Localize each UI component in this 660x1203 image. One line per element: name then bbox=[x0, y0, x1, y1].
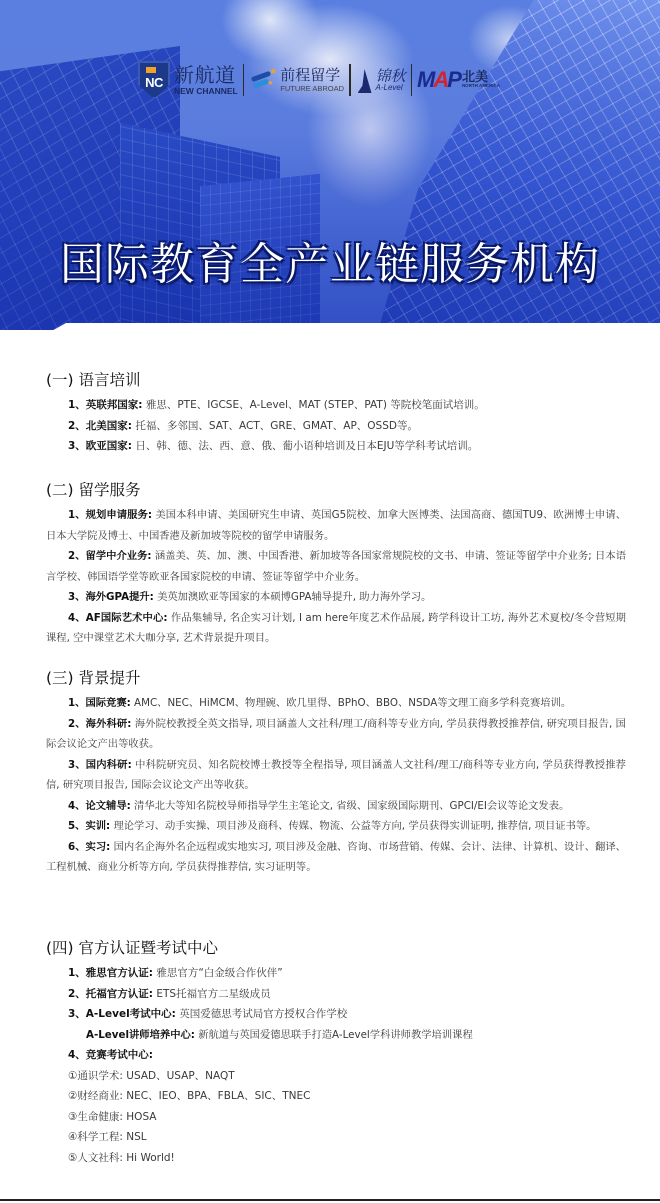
list-item: 2、留学中介业务: 涵盖美、英、加、澳、中国香港、新加坡等各国家常规院校的文书、… bbox=[46, 546, 626, 587]
bottom-divider bbox=[0, 1199, 660, 1201]
nc-shield-icon: NC bbox=[138, 61, 170, 99]
list-item: 1、雅思官方认证: 雅思官方“白金级合作伙伴” bbox=[46, 963, 626, 984]
competition-item: ②财经商业: NEC、IEO、BPA、FBLA、SIC、TNEC bbox=[46, 1086, 626, 1107]
section-title: (一) 语言培训 bbox=[46, 368, 626, 392]
brochure-page: NC 新航道 NEW CHANNEL ★ ★ 前程留学 FUTURE ABROA… bbox=[0, 0, 660, 1203]
list-item: 1、英联邦国家: 雅思、PTE、IGCSE、A-Level、MAT (STEP、… bbox=[46, 395, 626, 416]
nc-logo-en: NEW CHANNEL bbox=[174, 87, 238, 96]
competition-item: ⑤人文社科: Hi World! bbox=[46, 1148, 626, 1169]
partner-logo-bar: NC 新航道 NEW CHANNEL ★ ★ 前程留学 FUTURE ABROA… bbox=[138, 58, 500, 102]
list-item: 1、规划申请服务: 美国本科申请、美国研究生申请、英国G5院校、加拿大医博类、法… bbox=[46, 505, 626, 546]
section-background-enhancement: (三) 背景提升 1、国际竞赛: AMC、NEC、HiMCM、物理碗、欧几里得、… bbox=[46, 666, 626, 878]
banner-diagonal-cut bbox=[0, 323, 660, 363]
future-abroad-en: FUTURE ABROAD bbox=[280, 85, 344, 93]
new-channel-logo: NC 新航道 NEW CHANNEL bbox=[138, 61, 238, 99]
list-item: 2、托福官方认证: ETS托福官方二星级成员 bbox=[46, 984, 626, 1005]
logo-divider bbox=[349, 64, 351, 96]
section-official-certification: (四) 官方认证暨考试中心 1、雅思官方认证: 雅思官方“白金级合作伙伴” 2、… bbox=[46, 936, 626, 1168]
page-title: 国际教育全产业链服务机构 bbox=[0, 228, 660, 292]
future-abroad-swoosh-icon: ★ ★ bbox=[249, 66, 277, 94]
competition-item: ④科学工程: NSL bbox=[46, 1127, 626, 1148]
list-item: 2、海外科研: 海外院校教授全英文指导, 项目涵盖人文社科/理工/商科等专业方向… bbox=[46, 714, 626, 755]
list-item: 1、国际竞赛: AMC、NEC、HiMCM、物理碗、欧几里得、BPhO、BBO、… bbox=[46, 693, 626, 714]
jinqiu-cn: 锦秋 bbox=[376, 69, 406, 84]
list-item: 4、竞赛考试中心: bbox=[46, 1045, 626, 1066]
map-letters-icon: MAP bbox=[417, 69, 460, 91]
hero-banner: NC 新航道 NEW CHANNEL ★ ★ 前程留学 FUTURE ABROA… bbox=[0, 0, 660, 330]
list-item: 3、欧亚国家: 日、韩、德、法、西、意、俄、葡小语种培训及日本EJU等学科考试培… bbox=[46, 436, 626, 457]
section-study-abroad: (二) 留学服务 1、规划申请服务: 美国本科申请、美国研究生申请、英国G5院校… bbox=[46, 478, 626, 649]
logo-divider bbox=[243, 64, 245, 96]
jinqiu-alevel-logo: 锦秋 A-Level bbox=[356, 65, 406, 95]
list-item: 3、A-Level考试中心: 英国爱德思考试局官方授权合作学校 bbox=[46, 1004, 626, 1025]
competition-item: ①通识学术: USAD、USAP、NAQT bbox=[46, 1066, 626, 1087]
section-language-training: (一) 语言培训 1、英联邦国家: 雅思、PTE、IGCSE、A-Level、M… bbox=[46, 368, 626, 457]
map-north-america-logo: MAP 北美 NORTH AMERICA bbox=[417, 69, 500, 91]
list-item: 6、实习: 国内名企海外名企远程或实地实习, 项目涉及金融、咨询、市场营销、传媒… bbox=[46, 837, 626, 878]
list-item: 2、北美国家: 托福、多邻国、SAT、ACT、GRE、GMAT、AP、OSSD等… bbox=[46, 416, 626, 437]
section-title: (二) 留学服务 bbox=[46, 478, 626, 502]
list-item: 5、实训: 理论学习、动手实操、项目涉及商科、传媒、物流、公益等方向, 学员获得… bbox=[46, 816, 626, 837]
map-en: NORTH AMERICA bbox=[462, 84, 500, 89]
list-item: 3、海外GPA提升: 美英加澳欧亚等国家的本硕博GPA辅导提升, 助力海外学习。 bbox=[46, 587, 626, 608]
section-title: (三) 背景提升 bbox=[46, 666, 626, 690]
jinqiu-en: A-Level bbox=[376, 84, 406, 92]
list-item: 3、国内科研: 中科院研究员、知名院校博士教授等全程指导, 项目涵盖人文社科/理… bbox=[46, 755, 626, 796]
future-abroad-logo: ★ ★ 前程留学 FUTURE ABROAD bbox=[249, 66, 344, 94]
list-item: A-Level讲师培养中心: 新航道与英国爱德思联手打造A-Level学科讲师教… bbox=[46, 1025, 626, 1046]
list-item: 4、论文辅导: 清华北大等知名院校导师指导学生主笔论文, 省级、国家级国际期刊、… bbox=[46, 796, 626, 817]
competition-item: ③生命健康: HOSA bbox=[46, 1107, 626, 1128]
list-item: 4、AF国际艺术中心: 作品集辅导, 名企实习计划, I am here年度艺术… bbox=[46, 608, 626, 649]
section-title: (四) 官方认证暨考试中心 bbox=[46, 936, 626, 960]
future-abroad-cn: 前程留学 bbox=[280, 68, 344, 83]
jinqiu-leaf-icon bbox=[356, 65, 374, 95]
nc-logo-cn: 新航道 bbox=[174, 65, 238, 85]
logo-divider bbox=[411, 64, 413, 96]
